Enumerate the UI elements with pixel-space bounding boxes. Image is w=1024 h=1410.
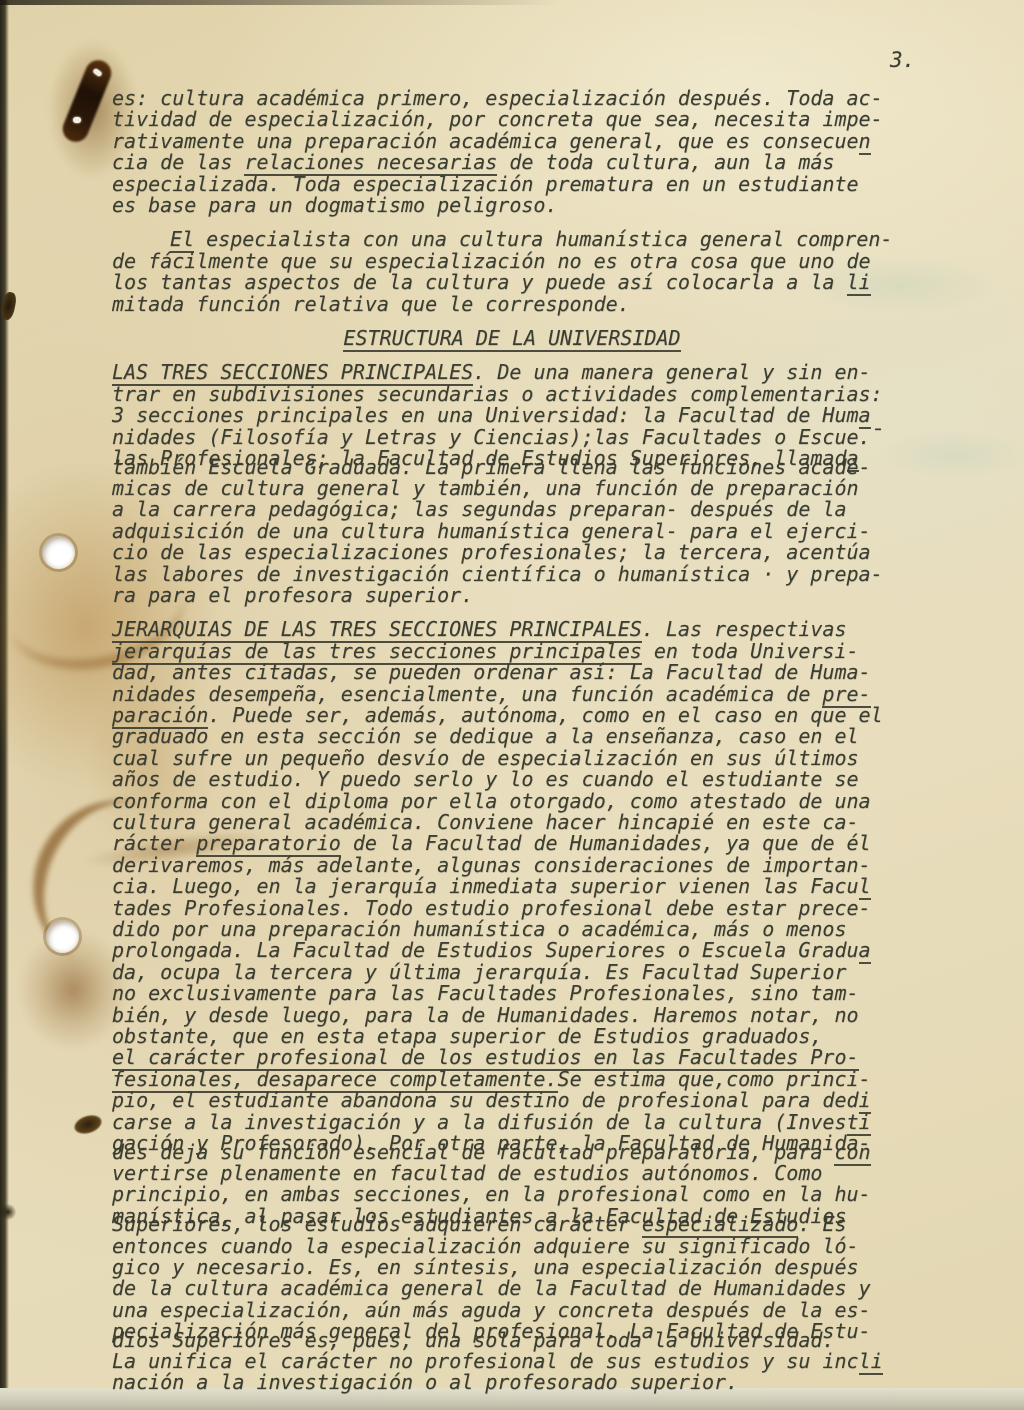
text-line: de la cultura académica general de la Fa… — [112, 1278, 912, 1299]
text-line: fesionales, desaparece completamente.Se … — [112, 1069, 912, 1090]
staple-glint-bottom — [73, 117, 81, 123]
text-line: rativamente una preparación académica ge… — [112, 131, 912, 152]
text-line: Superiores, los estudios adquieren carác… — [112, 1214, 912, 1235]
text-line: carse a la investigación y a la difusión… — [112, 1112, 912, 1133]
text-line: de fácilmente que su especialización no … — [112, 251, 912, 272]
text-line: paración. Puede ser, además, autónoma, c… — [112, 705, 912, 726]
paragraph-jerarquias: JERARQUIAS DE LAS TRES SECCIONES PRINCIP… — [112, 619, 912, 1393]
text-line: da, ocupa la tercera y última jerarquía.… — [112, 962, 912, 983]
text-line: es base para un dogmatismo peligroso. — [112, 195, 912, 216]
text-line: conforma con el diploma por ella otorgad… — [112, 791, 912, 812]
text-line: cultura general académica. Conviene hace… — [112, 812, 912, 833]
page-number: 3. — [890, 48, 915, 72]
text-line: las labores de investigación científica … — [112, 564, 912, 585]
ink-speck-edge — [0, 1204, 16, 1220]
text-line: LAS TRES SECCIONES PRINCIPALES. De una m… — [112, 362, 912, 383]
text-line: nidades desempeña, esencialmente, una fu… — [112, 684, 912, 705]
text-line: los tantas aspectos de la cultura y pued… — [112, 272, 912, 293]
text-line: prolongada. La Facultad de Estudios Supe… — [112, 940, 912, 961]
underlined-text: li — [859, 1349, 883, 1375]
hole-punch-top — [42, 536, 75, 569]
paragraph-intro: es: cultura académica primero, especiali… — [112, 88, 912, 216]
section-heading: ESTRUCTURA DE LA UNIVERSIDAD — [112, 328, 912, 349]
text-line: derivaremos, más adelante, algunas consi… — [112, 855, 912, 876]
text-line: rácter preparatorio de la Facultad de Hu… — [112, 833, 912, 854]
paragraph-especialista: El especialista con una cultura humaníst… — [112, 229, 912, 315]
text-line: años de estudio. Y puedo serlo y lo es c… — [112, 769, 912, 790]
text-line: gico y necesario. Es, en síntesis, una e… — [112, 1257, 912, 1278]
text-line: dios Superiores es, pues, una sola para … — [112, 1330, 912, 1351]
text-line: cual sufre un pequeño desvío de especial… — [112, 748, 912, 769]
underlined-text: con — [834, 1140, 870, 1166]
text-line: vertirse plenamente en facultad de estud… — [112, 1163, 912, 1184]
text-line: no exclusivamente para las Facultades Pr… — [112, 983, 912, 1004]
text-line: una especialización, aún más aguda y con… — [112, 1300, 912, 1321]
text-line: 3 secciones principales en una Universid… — [112, 405, 912, 426]
text-line: bién, y desde luego, para la de Humanida… — [112, 1005, 912, 1026]
text-line: cia. Luego, en la jerarquía inmediata su… — [112, 876, 912, 897]
text-line: ESTRUCTURA DE LA UNIVERSIDAD — [112, 328, 912, 349]
text-line: también Escuela Graduada. La primera lle… — [112, 457, 912, 478]
text-line: adquisición de una cultura humanística g… — [112, 521, 912, 542]
underlined-text: a — [859, 938, 871, 964]
text-line: es: cultura académica primero, especiali… — [112, 88, 912, 109]
text-line: ra para el profesora superior. — [112, 585, 912, 606]
text-line: a la carrera pedagógica; las segundas pr… — [112, 499, 912, 520]
text-line: principio, en ambas secciones, en la pro… — [112, 1184, 912, 1205]
hole-punch-bottom — [46, 920, 79, 953]
text-line: jerarquías de las tres secciones princip… — [112, 641, 912, 662]
text-line: graduado en esta sección se dedique a la… — [112, 726, 912, 747]
text-line: JERARQUIAS DE LAS TRES SECCIONES PRINCIP… — [112, 619, 912, 640]
paragraph-tres-secciones: LAS TRES SECCIONES PRINCIPALES. De una m… — [112, 362, 912, 606]
text-line: mitada función relativa que le correspon… — [112, 294, 912, 315]
text-line: La unifica el carácter no profesional de… — [112, 1351, 912, 1372]
text-line: El especialista con una cultura humaníst… — [112, 229, 912, 250]
text-line: especializada. Toda especialización prem… — [112, 174, 912, 195]
text-line: pio, el estudiante abandona su destino d… — [112, 1090, 912, 1111]
underlined-text: ESTRUCTURA DE LA UNIVERSIDAD — [343, 326, 680, 352]
text-line: dad, antes citadas, se pueden ordenar as… — [112, 662, 912, 683]
text-line: tades Profesionales. Todo estudio profes… — [112, 898, 912, 919]
text-line: tividad de especialización, por concreta… — [112, 109, 912, 130]
underlined-text: n — [859, 129, 871, 155]
top-edge-shadow — [0, 0, 560, 5]
text-line: el carácter profesional de los estudios … — [112, 1047, 912, 1068]
text-line: dido por una preparación humanística o a… — [112, 919, 912, 940]
text-line: des deja su función esencial de facultad… — [112, 1142, 912, 1163]
text-block: es: cultura académica primero, especiali… — [112, 88, 912, 1407]
text-line: cia de las relaciones necesarias de toda… — [112, 152, 912, 173]
text-line: micas de cultura general y también, una … — [112, 478, 912, 499]
text-line: obstante, que en esta etapa superior de … — [112, 1026, 912, 1047]
underlined-text: li — [847, 270, 871, 296]
text-line: nidades (Filosofía y Letras y Ciencias);… — [112, 427, 912, 448]
text-line: nación a la investigación o al profesora… — [112, 1372, 912, 1393]
text-line: entonces cuando la especialización adqui… — [112, 1236, 912, 1257]
text-line: trar en subdivisiones secundarias o acti… — [112, 384, 912, 405]
text-line: cio de las especializaciones profesional… — [112, 542, 912, 563]
